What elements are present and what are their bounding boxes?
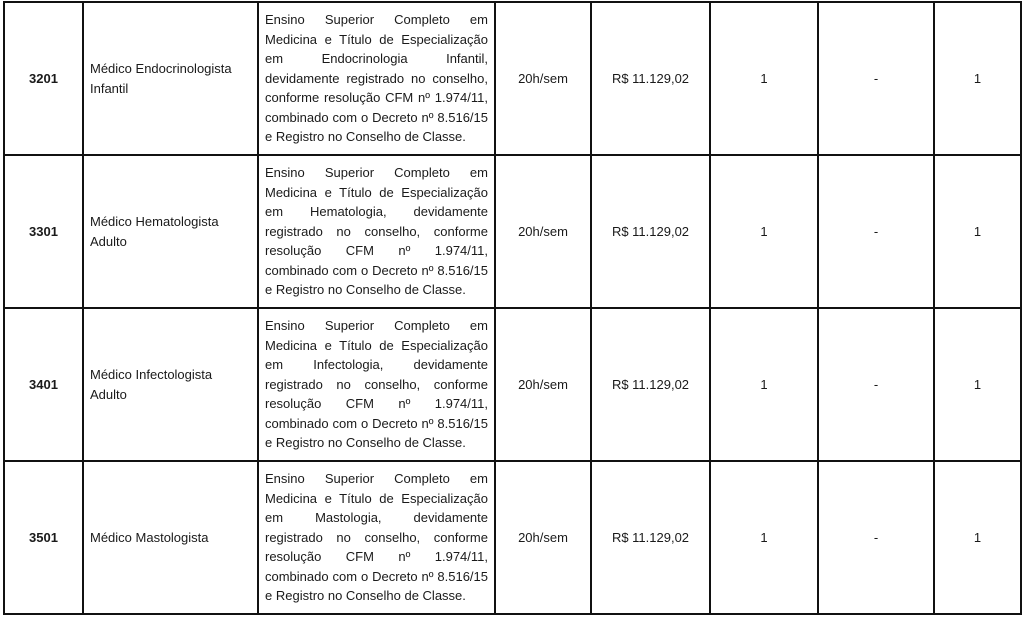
position-title: Médico Endocrinologista Infantil (83, 2, 258, 155)
position-requirements: Ensino Superior Completo em Medicina e T… (258, 308, 495, 461)
vacancies-pcd: - (818, 2, 934, 155)
vacancies-pcd: - (818, 308, 934, 461)
vacancies-pcd: - (818, 461, 934, 614)
position-requirements: Ensino Superior Completo em Medicina e T… (258, 461, 495, 614)
table-row: 3501 Médico Mastologista Ensino Superior… (4, 461, 1021, 614)
workload: 20h/sem (495, 155, 591, 308)
table-row: 3401 Médico Infectologista Adulto Ensino… (4, 308, 1021, 461)
table-row: 3301 Médico Hematologista Adulto Ensino … (4, 155, 1021, 308)
position-code: 3301 (4, 155, 83, 308)
vacancies-general: 1 (710, 308, 818, 461)
position-code: 3401 (4, 308, 83, 461)
salary: R$ 11.129,02 (591, 308, 710, 461)
salary: R$ 11.129,02 (591, 461, 710, 614)
workload: 20h/sem (495, 2, 591, 155)
vacancies-pcd: - (818, 155, 934, 308)
position-title: Médico Infectologista Adulto (83, 308, 258, 461)
position-title: Médico Hematologista Adulto (83, 155, 258, 308)
vacancies-total: 1 (934, 2, 1021, 155)
positions-table: 3201 Médico Endocrinologista Infantil En… (3, 1, 1022, 615)
table-row: 3201 Médico Endocrinologista Infantil En… (4, 2, 1021, 155)
position-code: 3201 (4, 2, 83, 155)
position-code: 3501 (4, 461, 83, 614)
workload: 20h/sem (495, 308, 591, 461)
vacancies-general: 1 (710, 2, 818, 155)
vacancies-general: 1 (710, 461, 818, 614)
vacancies-total: 1 (934, 308, 1021, 461)
position-title: Médico Mastologista (83, 461, 258, 614)
salary: R$ 11.129,02 (591, 2, 710, 155)
vacancies-general: 1 (710, 155, 818, 308)
vacancies-total: 1 (934, 461, 1021, 614)
vacancies-total: 1 (934, 155, 1021, 308)
salary: R$ 11.129,02 (591, 155, 710, 308)
position-requirements: Ensino Superior Completo em Medicina e T… (258, 2, 495, 155)
workload: 20h/sem (495, 461, 591, 614)
position-requirements: Ensino Superior Completo em Medicina e T… (258, 155, 495, 308)
